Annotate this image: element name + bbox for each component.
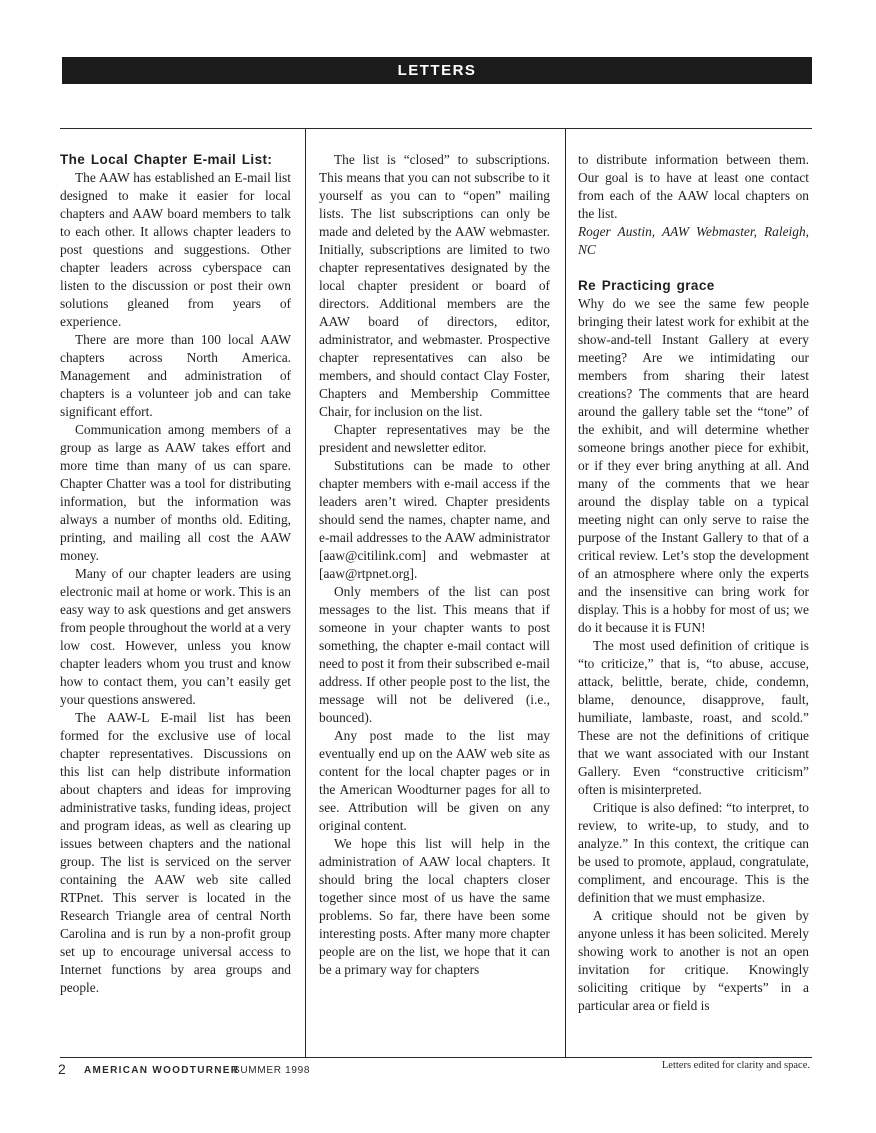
page-title: LETTERS [398, 62, 477, 79]
paragraph: The AAW has established an E-mail list d… [60, 169, 291, 331]
paragraph: The AAW-L E-mail list has been formed fo… [60, 709, 291, 997]
column-1: The Local Chapter E-mail List: The AAW h… [60, 151, 291, 997]
paragraph: Substitutions can be made to other chapt… [319, 457, 550, 583]
footer-rule [60, 1057, 812, 1058]
column-divider-1 [305, 128, 306, 1057]
paragraph: Chapter representatives may be the presi… [319, 421, 550, 457]
column-divider-2 [565, 128, 566, 1057]
paragraph: Only members of the list can post messag… [319, 583, 550, 727]
magazine-letters-page: { "header": { "title": "LETTERS" }, "col… [0, 0, 876, 1133]
paragraph: Why do we see the same few people bringi… [578, 295, 809, 637]
page-number: 2 [58, 1061, 66, 1077]
paragraph: A critique should not be given by anyone… [578, 907, 809, 1015]
letter-heading-practicing-grace: Re Practicing grace [578, 277, 809, 295]
issue-date: SUMMER 1998 [233, 1065, 310, 1076]
paragraph: There are more than 100 local AAW chapte… [60, 331, 291, 421]
paragraph: Many of our chapter leaders are using el… [60, 565, 291, 709]
paragraph: The most used definition of critique is … [578, 637, 809, 799]
paragraph-continuation: to distribute information between them. … [578, 151, 809, 223]
letter-heading-email-list: The Local Chapter E-mail List: [60, 151, 291, 169]
letters-header-bar: LETTERS [62, 57, 812, 84]
paragraph: Critique is also defined: “to interpret,… [578, 799, 809, 907]
paragraph: Communication among members of a group a… [60, 421, 291, 565]
paragraph: Any post made to the list may eventually… [319, 727, 550, 835]
paragraph: The list is “closed” to subscriptions. T… [319, 151, 550, 421]
content-top-rule [60, 128, 812, 129]
editorial-note: Letters edited for clarity and space. [662, 1060, 810, 1071]
column-3: to distribute information between them. … [578, 151, 809, 1015]
magazine-name: AMERICAN WOODTURNER [84, 1065, 239, 1076]
column-2: The list is “closed” to subscriptions. T… [319, 151, 550, 979]
letter-signature: Roger Austin, AAW Webmaster, Raleigh, NC [578, 223, 809, 259]
paragraph: We hope this list will help in the admin… [319, 835, 550, 979]
